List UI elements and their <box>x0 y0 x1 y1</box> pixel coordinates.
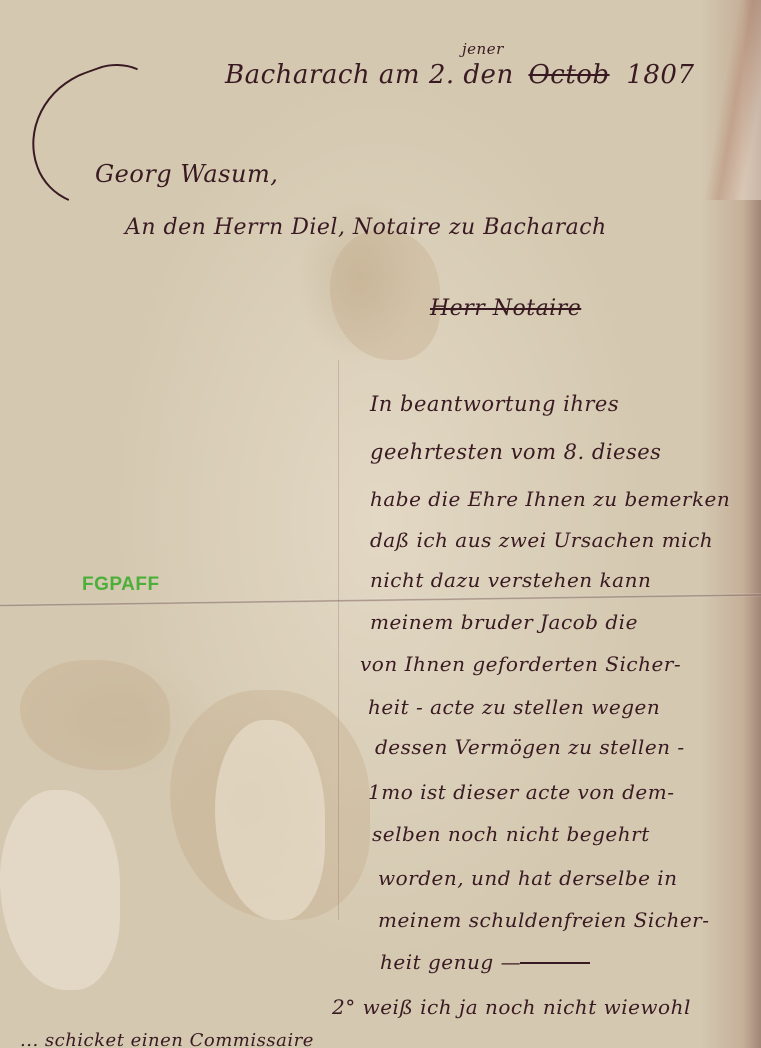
water-stain <box>330 230 440 360</box>
bottom-left-fragment: ... schicket einen Commissaire <box>20 1030 314 1048</box>
addressee: An den Herrn Diel, Notaire zu Bacharach <box>125 215 607 240</box>
year: 1807 <box>626 60 694 90</box>
initial-flourish <box>11 49 192 224</box>
body-line: heit - acte zu stellen wegen <box>368 695 660 719</box>
inserted-month: jener <box>462 40 504 58</box>
salutation: Herr Notaire <box>430 296 581 321</box>
body-line: selben noch nicht begehrt <box>372 822 650 846</box>
body-line: nicht dazu verstehen kann <box>370 568 651 592</box>
closing-dash <box>520 962 590 964</box>
scanned-letter-page: Bacharach am 2. den Octob 1807 jener Geo… <box>0 0 761 1048</box>
place-date: Bacharach am 2. den Octob 1807 <box>225 60 695 90</box>
body-line: worden, und hat derselbe in <box>378 866 678 890</box>
body-line: dessen Vermögen zu stellen - <box>375 735 685 759</box>
water-stain <box>20 660 170 770</box>
sender-name: Georg Wasum, <box>95 160 278 188</box>
body-line: daß ich aus zwei Ursachen mich <box>370 528 713 552</box>
margin-line <box>338 360 339 920</box>
body-line: geehrtesten vom 8. dieses <box>370 440 661 464</box>
body-line: von Ihnen geforderten Sicher- <box>360 652 681 676</box>
struck-month: Octob <box>528 60 609 90</box>
body-line: In beantwortung ihres <box>370 392 619 416</box>
body-line: meinem bruder Jacob die <box>370 610 638 634</box>
place-date-text: Bacharach am 2. den <box>225 60 514 90</box>
body-line: meinem schuldenfreien Sicher- <box>378 908 709 932</box>
torn-corner <box>701 0 761 200</box>
water-stain-light <box>0 790 120 990</box>
watermark: FGPAFF <box>82 574 160 596</box>
body-line: heit genug — <box>380 950 521 974</box>
body-line: 1mo ist dieser acte von dem- <box>368 780 675 804</box>
body-line: habe die Ehre Ihnen zu bemerken <box>370 487 730 511</box>
body-line: 2° weiß ich ja noch nicht wiewohl <box>332 995 691 1019</box>
